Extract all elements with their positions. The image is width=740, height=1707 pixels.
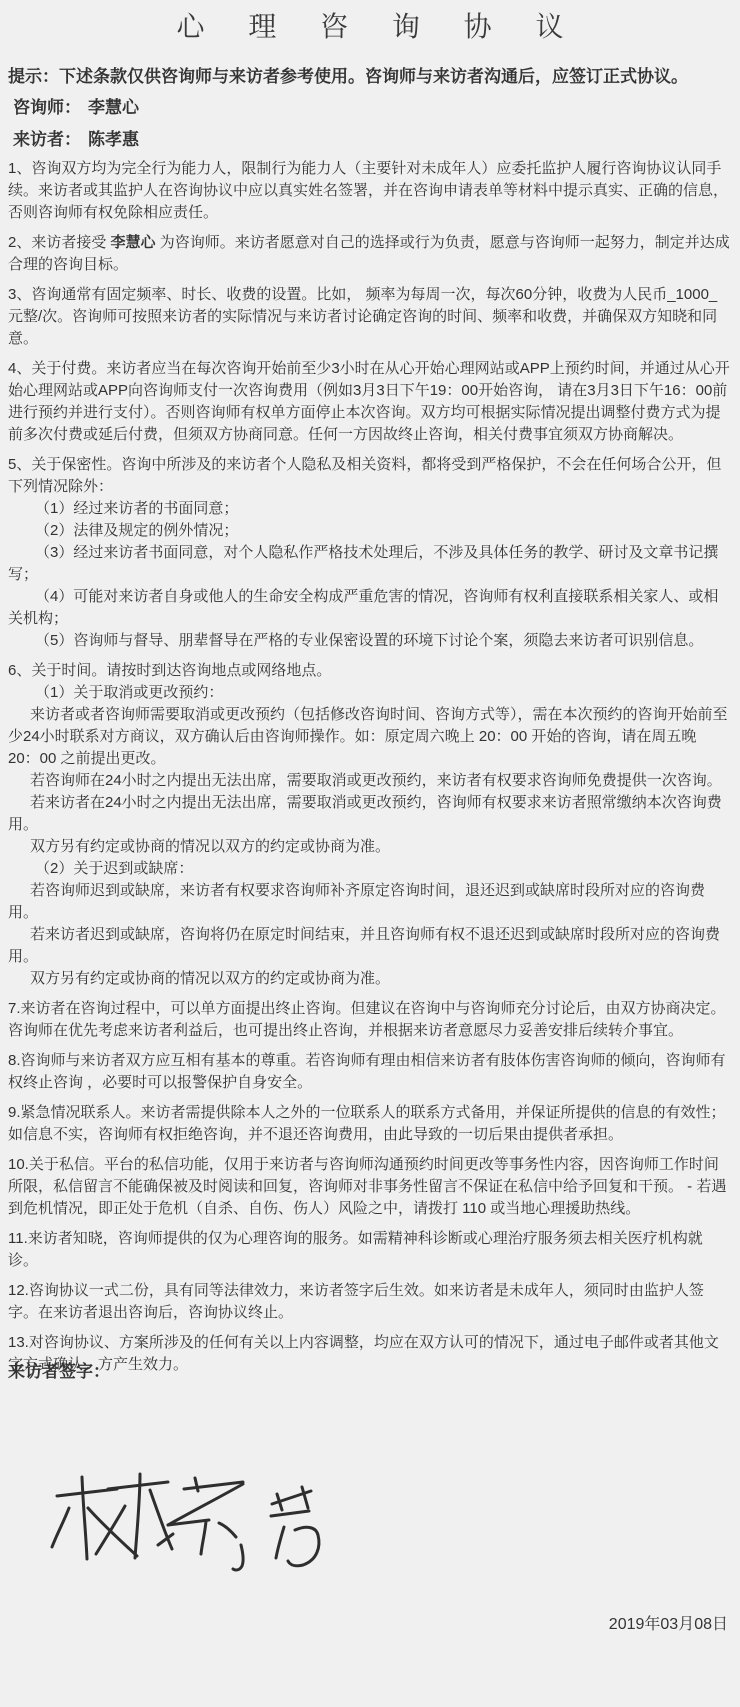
clause-6-sub-1-para: 若咨询师在24小时之内提出无法出席，需要取消或更改预约，来访者有权要求咨询师免费… bbox=[8, 770, 732, 792]
clause-5: 5、关于保密性。咨询中所涉及的来访者个人隐私及相关资料，都将受到严格保护，不会在… bbox=[8, 454, 732, 652]
clause-paragraph: 4、关于付费。来访者应当在每次咨询开始前至少3小时在从心开始心理网站或APP上预… bbox=[8, 358, 732, 446]
clause-6-sub-1-title: （1）关于取消或更改预约： bbox=[8, 682, 732, 704]
clause-4: 4、关于付费。来访者应当在每次咨询开始前至少3小时在从心开始心理网站或APP上预… bbox=[8, 358, 732, 446]
clause-paragraph: 9.紧急情况联系人。来访者需提供除本人之外的一位联系人的联系方式备用，并保证所提… bbox=[8, 1102, 732, 1146]
clause-paragraph: 8.咨询师与来访者双方应互相有基本的尊重。若咨询师有理由相信来访者有肢体伤害咨询… bbox=[8, 1050, 732, 1094]
clause-1: 1、咨询双方均为完全行为能力人，限制行为能力人（主要针对未成年人）应委托监护人履… bbox=[8, 158, 732, 224]
clause-paragraph: 10.关于私信。平台的私信功能，仅用于来访者与咨询师沟通预约时间更改等事务性内容… bbox=[8, 1154, 732, 1220]
visitor-name: 陈孝惠 bbox=[88, 130, 139, 149]
clause-7: 7.来访者在咨询过程中，可以单方面提出终止咨询。但建议在咨询中与咨询师充分讨论后… bbox=[8, 998, 732, 1042]
clause-6-sub-2-para: 双方另有约定或协商的情况以双方的约定或协商为准。 bbox=[8, 968, 732, 990]
notice-text: 提示：下述条款仅供咨询师与来访者参考使用。咨询师与来访者沟通后，应签订正式协议。 bbox=[8, 65, 732, 89]
visitor-signature-label: 来访者签字： bbox=[8, 1360, 110, 1384]
clause-paragraph: 13.对咨询协议、方案所涉及的任何有关以上内容调整，均应在双方认可的情况下，通过… bbox=[8, 1332, 732, 1376]
clause-9: 9.紧急情况联系人。来访者需提供除本人之外的一位联系人的联系方式备用，并保证所提… bbox=[8, 1102, 732, 1146]
clause-paragraph: 3、咨询通常有固定频率、时长、收费的设置。比如， 频率为每周一次，每次60分钟，… bbox=[8, 284, 732, 350]
clause-2-prefix: 2、来访者接受 bbox=[8, 234, 111, 251]
clause-paragraph: 11.来访者知晓，咨询师提供的仅为心理咨询的服务。如需精神科诊断或心理治疗服务须… bbox=[8, 1228, 732, 1272]
clauses: 1、咨询双方均为完全行为能力人，限制行为能力人（主要针对未成年人）应委托监护人履… bbox=[8, 158, 732, 1376]
clause-paragraph: 5、关于保密性。咨询中所涉及的来访者个人隐私及相关资料，都将受到严格保护，不会在… bbox=[8, 454, 732, 498]
clause-13: 13.对咨询协议、方案所涉及的任何有关以上内容调整，均应在双方认可的情况下，通过… bbox=[8, 1332, 732, 1376]
agreement-document: 心 理 咨 询 协 议 提示：下述条款仅供咨询师与来访者参考使用。咨询师与来访者… bbox=[0, 0, 740, 1707]
clause-6-sub-1-para: 双方另有约定或协商的情况以双方的约定或协商为准。 bbox=[8, 836, 732, 858]
clause-5-item-1: （1）经过来访者的书面同意； bbox=[8, 498, 732, 520]
clause-6-sub-2-title: （2）关于迟到或缺席： bbox=[8, 858, 732, 880]
counselor-label: 咨询师： bbox=[13, 98, 81, 117]
clause-5-item-5: （5）咨询师与督导、朋辈督导在严格的专业保密设置的环境下讨论个案，须隐去来访者可… bbox=[8, 630, 732, 652]
clause-3: 3、咨询通常有固定频率、时长、收费的设置。比如， 频率为每周一次，每次60分钟，… bbox=[8, 284, 732, 350]
clause-6-sub-1-para: 来访者或者咨询师需要取消或更改预约（包括修改咨询时间、咨询方式等），需在本次预约… bbox=[8, 704, 732, 770]
clause-11: 11.来访者知晓，咨询师提供的仅为心理咨询的服务。如需精神科诊断或心理治疗服务须… bbox=[8, 1228, 732, 1272]
clause-paragraph: 7.来访者在咨询过程中，可以单方面提出终止咨询。但建议在咨询中与咨询师充分讨论后… bbox=[8, 998, 732, 1042]
clause-5-item-2: （2）法律及规定的例外情况； bbox=[8, 520, 732, 542]
clause-6-sub-2-para: 若来访者迟到或缺席，咨询将仍在原定时间结束，并且咨询师有权不退还迟到或缺席时段所… bbox=[8, 924, 732, 968]
clause-2-counselor-name: 李慧心 bbox=[111, 234, 156, 251]
counselor-name: 李慧心 bbox=[88, 98, 139, 117]
clause-paragraph: 12.咨询协议一式二份，具有同等法律效力，来访者签字后生效。如来访者是未成年人，… bbox=[8, 1280, 732, 1324]
page-title: 心 理 咨 询 协 议 bbox=[8, 0, 732, 43]
clause-2: 2、来访者接受 李慧心 为咨询师。来访者愿意对自己的选择或行为负责，愿意与咨询师… bbox=[8, 232, 732, 276]
clause-paragraph: 1、咨询双方均为完全行为能力人，限制行为能力人（主要针对未成年人）应委托监护人履… bbox=[8, 158, 732, 224]
visitor-signature-drawing bbox=[45, 1465, 335, 1575]
clause-5-item-3: （3）经过来访者书面同意，对个人隐私作严格技术处理后，不涉及具体任务的教学、研讨… bbox=[8, 542, 732, 586]
clause-8: 8.咨询师与来访者双方应互相有基本的尊重。若咨询师有理由相信来访者有肢体伤害咨询… bbox=[8, 1050, 732, 1094]
counselor-row: 咨询师：李慧心 bbox=[8, 96, 732, 120]
clause-paragraph: 2、来访者接受 李慧心 为咨询师。来访者愿意对自己的选择或行为负责，愿意与咨询师… bbox=[8, 232, 732, 276]
visitor-label: 来访者： bbox=[13, 130, 81, 149]
date-text: 2019年03月08日 bbox=[609, 1614, 728, 1636]
clause-6: 6、关于时间。请按时到达咨询地点或网络地点。 （1）关于取消或更改预约： 来访者… bbox=[8, 660, 732, 990]
clause-6-sub-1-para: 若来访者在24小时之内提出无法出席，需要取消或更改预约，咨询师有权要求来访者照常… bbox=[8, 792, 732, 836]
clause-5-item-4: （4）可能对来访者自身或他人的生命安全构成严重危害的情况，咨询师有权利直接联系相… bbox=[8, 586, 732, 630]
clause-12: 12.咨询协议一式二份，具有同等法律效力，来访者签字后生效。如来访者是未成年人，… bbox=[8, 1280, 732, 1324]
clause-6-sub-2-para: 若咨询师迟到或缺席，来访者有权要求咨询师补齐原定咨询时间，退还迟到或缺席时段所对… bbox=[8, 880, 732, 924]
visitor-row: 来访者：陈孝惠 bbox=[8, 128, 732, 152]
clause-paragraph: 6、关于时间。请按时到达咨询地点或网络地点。 bbox=[8, 660, 732, 682]
clause-10: 10.关于私信。平台的私信功能，仅用于来访者与咨询师沟通预约时间更改等事务性内容… bbox=[8, 1154, 732, 1220]
